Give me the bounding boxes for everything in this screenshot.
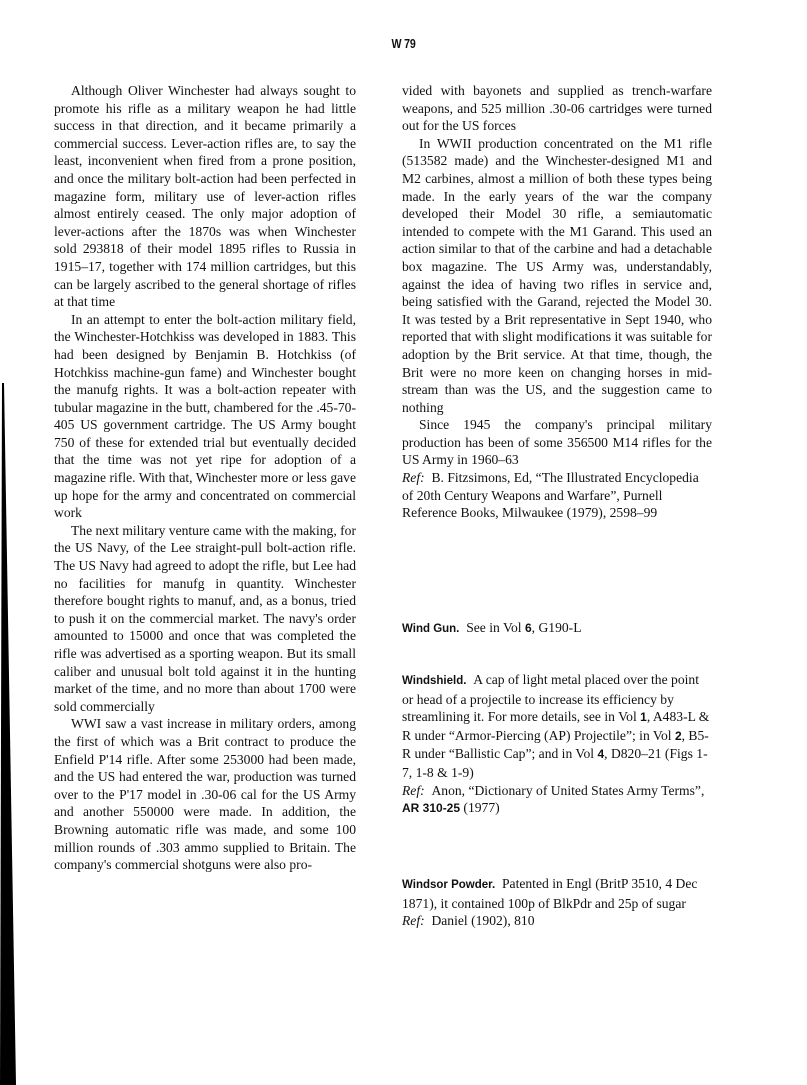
- entry-wind-gun: Wind Gun. See in Vol 6, G190-L: [402, 619, 712, 639]
- entry-text: , G190-L: [532, 620, 582, 635]
- regulation-code: AR 310-25: [402, 801, 460, 815]
- paragraph-since-1945: Since 1945 the company's principal milit…: [402, 416, 712, 469]
- volume-number: 6: [525, 621, 532, 635]
- page-number: W 79: [61, 37, 747, 51]
- reference-winchester: Ref: B. Fitzsimons, Ed, “The Illustrated…: [402, 469, 712, 522]
- right-column: vided with bayonets and supplied as tren…: [402, 82, 712, 522]
- entry-title: Windsor Powder.: [402, 879, 495, 891]
- volume-number: 1: [640, 710, 647, 724]
- entry-windshield: Windshield. A cap of light metal placed …: [402, 671, 712, 818]
- paragraph-wwi: WWI saw a vast increase in military orde…: [54, 715, 356, 873]
- entry-title: Windshield.: [402, 675, 466, 687]
- ref-label: Ref:: [402, 913, 425, 928]
- entry-title: Wind Gun.: [402, 623, 459, 635]
- entry-windsor-powder: Windsor Powder. Patented in Engl (BritP …: [402, 875, 712, 930]
- paragraph-lee-navy-rifle: The next military venture came with the …: [54, 522, 356, 716]
- left-column: Although Oliver Winchester had always so…: [54, 82, 356, 874]
- ref-text: B. Fitzsimons, Ed, “The Illustrated Ency…: [402, 470, 699, 520]
- ref-label: Ref:: [402, 783, 425, 798]
- ref-text: Daniel (1902), 810: [431, 913, 534, 928]
- paragraph-lever-action: Although Oliver Winchester had always so…: [54, 82, 356, 311]
- paragraph-continuation: vided with bayonets and supplied as tren…: [402, 82, 712, 135]
- entry-text: See in Vol: [466, 620, 525, 635]
- scan-edge-shadow: [0, 383, 16, 1085]
- paragraph-wwii: In WWII production concentrated on the M…: [402, 135, 712, 417]
- ref-label: Ref:: [402, 470, 425, 485]
- volume-number: 2: [675, 729, 682, 743]
- ref-text: (1977): [460, 800, 500, 815]
- paragraph-winchester-hotchkiss: In an attempt to enter the bolt-action m…: [54, 311, 356, 522]
- ref-text: Anon, “Dictionary of United States Army …: [431, 783, 704, 798]
